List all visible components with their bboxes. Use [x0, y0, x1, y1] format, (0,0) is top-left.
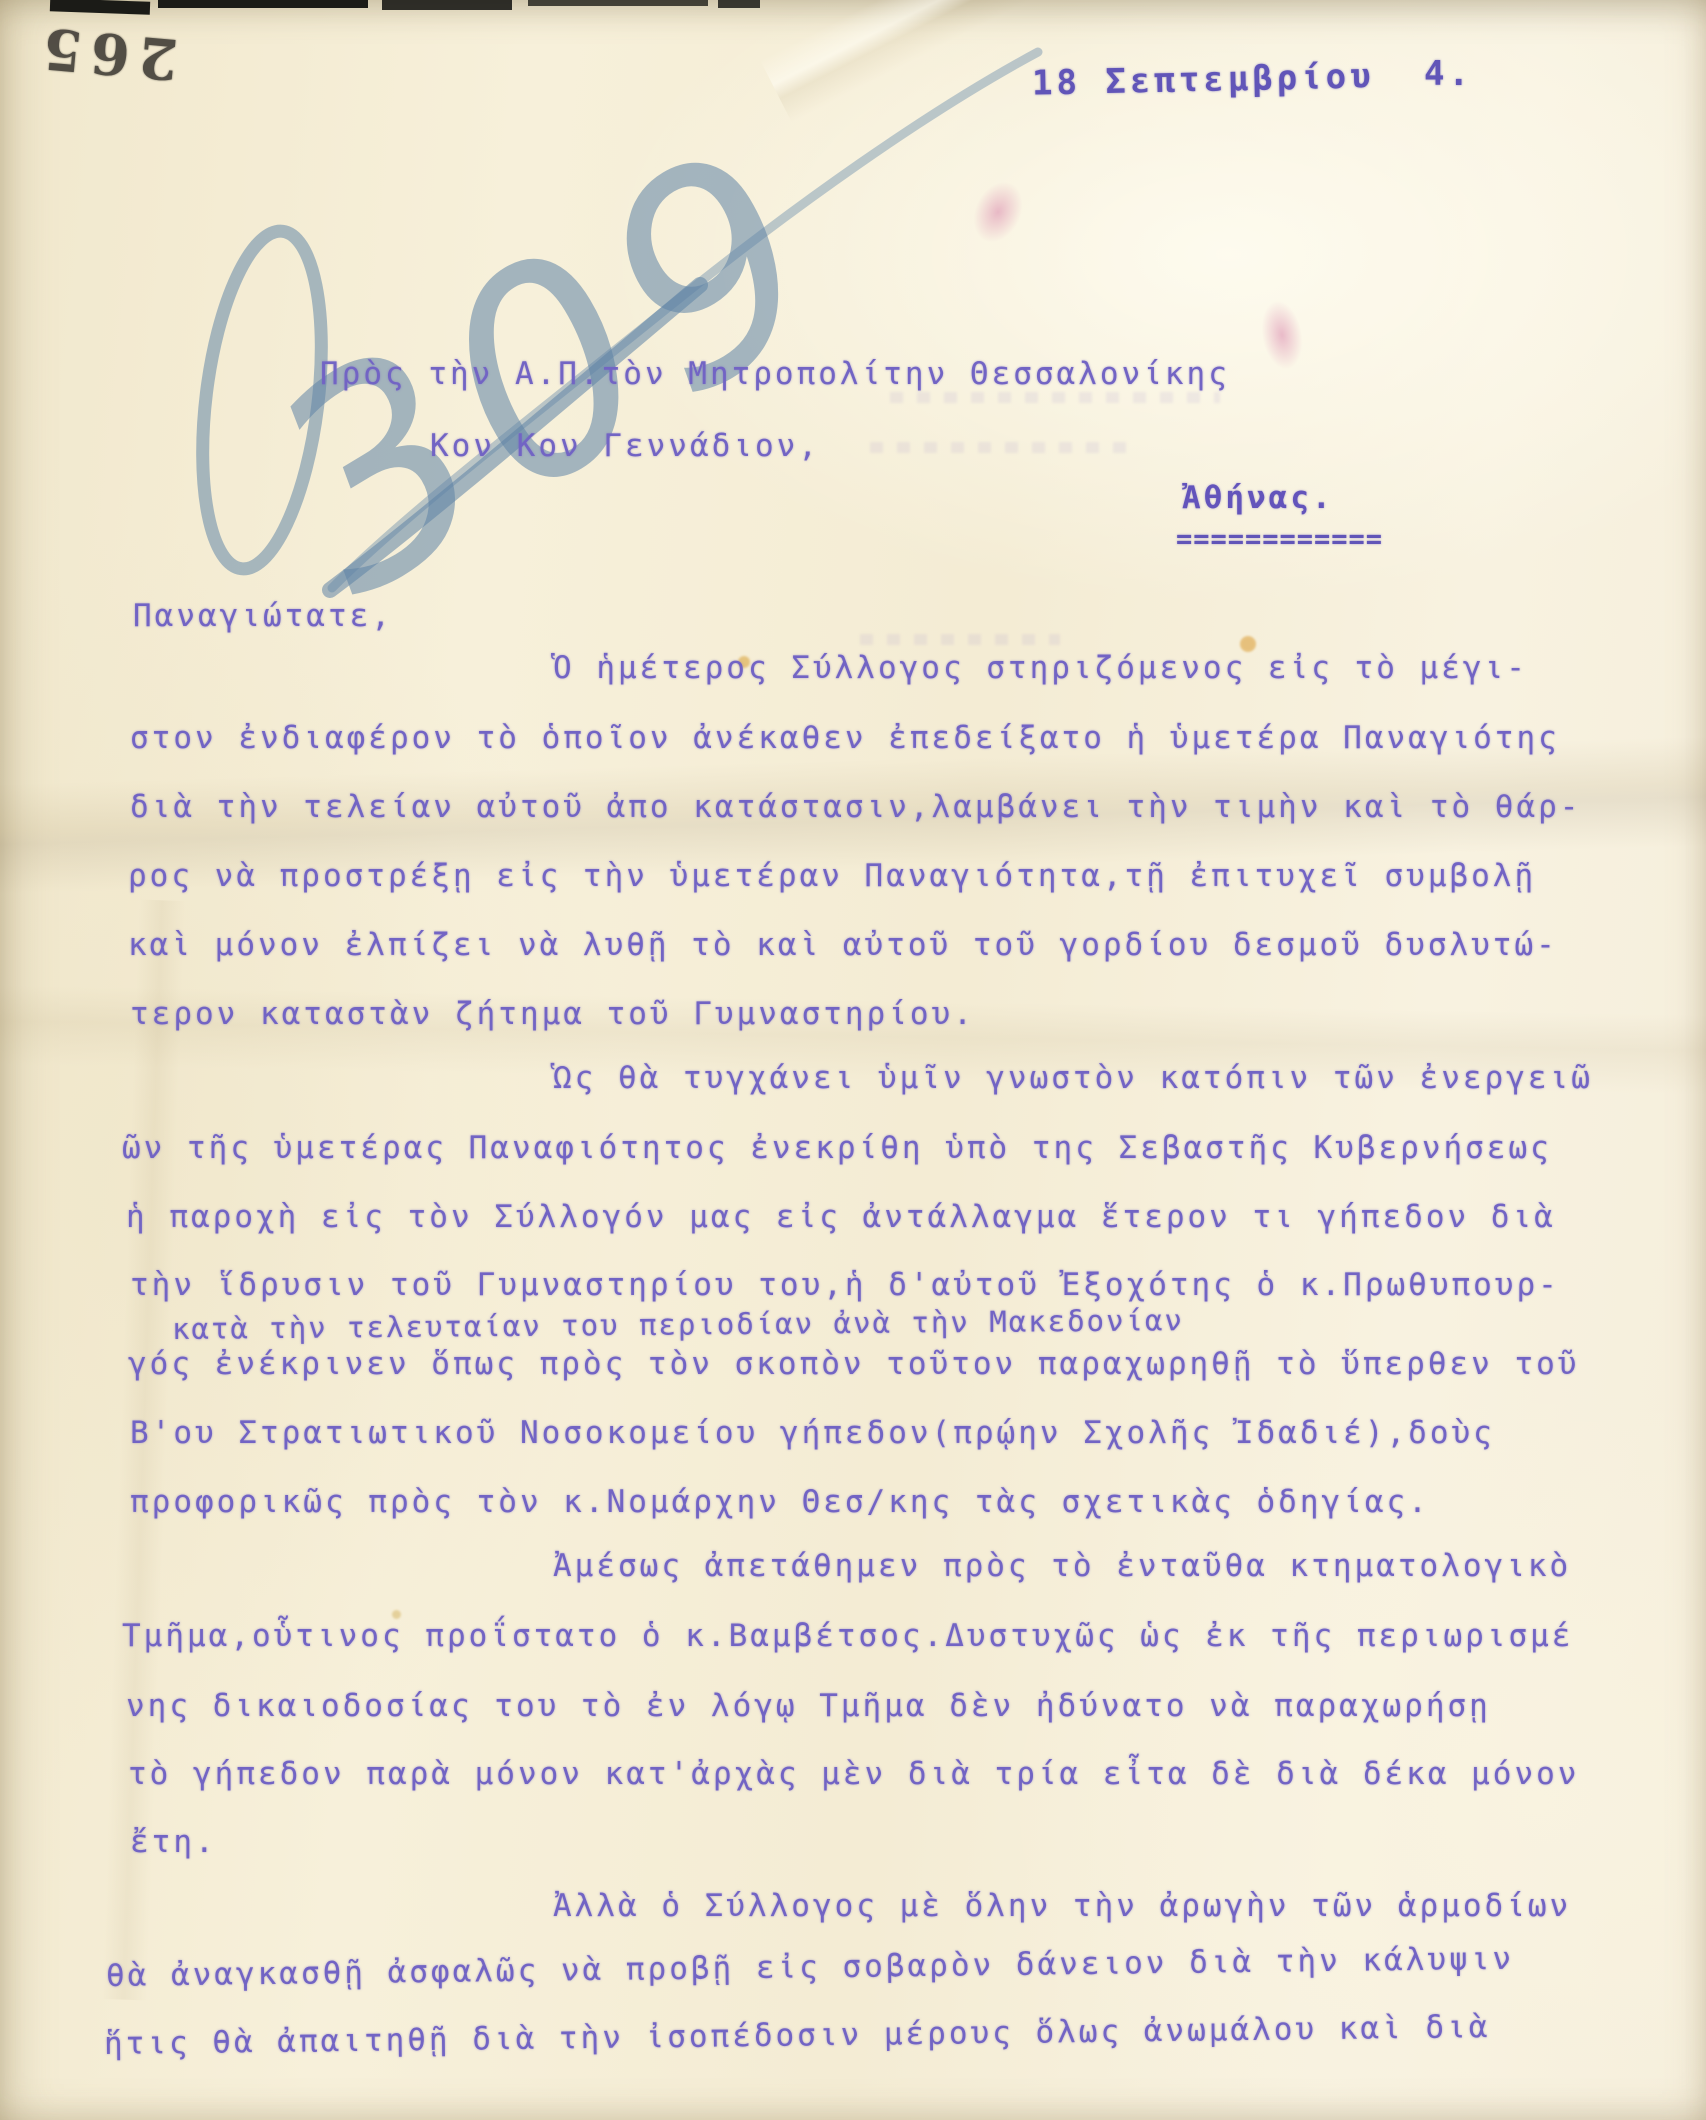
pink-smudge: [964, 173, 1033, 250]
body-line: Ὁ ἡμέτερος Σύλλογος στηριζόμενος εἰς τὸ …: [553, 650, 1528, 686]
body-line: Ἀλλὰ ὁ Σύλλογος μὲ ὅλην τὴν ἀρωγὴν τῶν ἁ…: [553, 1888, 1571, 1924]
body-line: ἥτις θὰ ἀπαιτηθῇ διὰ τὴν ἰσοπέδοσιν μέρο…: [104, 2009, 1491, 2062]
pencil-stroke: [332, 52, 1038, 588]
body-line-inserted: κατὰ τὴν τελευταίαν του περιοδίαν ἀνὰ τὴ…: [172, 1303, 1184, 1346]
body-line: προφορικῶς πρὸς τὸν κ.Νομάρχην Θεσ/κης τ…: [130, 1484, 1430, 1520]
body-line: τὸ γήπεδον παρὰ μόνον κατ'ἀρχὰς μὲν διὰ …: [128, 1756, 1579, 1792]
address-line-recipient: Πρὸς τὴν Α.Π.τὸν Μητροπολίτην Θεσσαλονίκ…: [320, 356, 1230, 392]
pink-smudge: [1256, 297, 1308, 373]
body-line: ῶν τῆς ὑμετέρας Παναφιότητος ἐνεκρίθη ὑπ…: [122, 1130, 1552, 1166]
scanned-letter-page: 265 18 Σεπτεμβρίου 4. 309 Πρὸς τὴν Α.Π.τ…: [0, 0, 1706, 2120]
body-line: θὰ ἀναγκασθῇ ἀσφαλῶς νὰ προβῇ εἰς σοβαρὸ…: [106, 1941, 1514, 1994]
body-line: γός ἐνέκρινεν ὅπως πρὸς τὸν σκοπὸν τοῦτο…: [128, 1346, 1579, 1382]
address-line-city: Ἀθήνας.: [1182, 480, 1334, 516]
scan-edge-mark: [382, 0, 512, 10]
letter-date: 18 Σεπτεμβρίου: [1032, 56, 1375, 103]
letter-year: 4.: [1424, 54, 1473, 94]
body-line: ἡ παροχὴ εἰς τὸν Σύλλογόν μας εἰς ἀντάλλ…: [126, 1199, 1556, 1235]
body-line: Ὡς θὰ τυγχάνει ὑμῖν γνωστὸν κατόπιν τῶν …: [553, 1060, 1593, 1096]
body-line: ρος νὰ προστρέξῃ εἰς τὴν ὑμετέραν Παναγι…: [128, 858, 1536, 894]
pencil-loop: [186, 224, 339, 575]
body-line: διὰ τὴν τελείαν αὐτοῦ ἀπο κατάστασιν,λαμ…: [130, 789, 1581, 825]
ink-bleedthrough: [890, 392, 1220, 403]
address-line-name: Κον Κον Γεννάδιον,: [430, 428, 820, 464]
body-line: τερον καταστὰν ζήτημα τοῦ Γυμναστηρίου.: [130, 996, 975, 1032]
scan-edge-mark: [158, 0, 368, 8]
ink-bleedthrough: [860, 634, 1060, 645]
body-line: ἔτη.: [130, 1824, 217, 1860]
body-line: Τμῆμα,οὗτινος προΐστατο ὁ κ.Βαμβέτσος.Δυ…: [122, 1618, 1573, 1654]
body-line: τὴν ἵδρυσιν τοῦ Γυμναστηρίου του,ἡ δ'αὐτ…: [130, 1267, 1560, 1303]
body-line: νης δικαιοδοσίας του τὸ ἐν λόγῳ Τμῆμα δὲ…: [126, 1688, 1491, 1724]
salutation: Παναγιώτατε,: [133, 598, 393, 634]
scan-edge-mark: [528, 0, 708, 6]
scan-edge-mark: [50, 0, 150, 15]
body-line: Β'ου Στρατιωτικοῦ Νοσοκομείου γήπεδον(πρ…: [130, 1415, 1495, 1451]
address-underline: ============: [1176, 524, 1383, 555]
body-line: καὶ μόνον ἐλπίζει νὰ λυθῇ τὸ καὶ αὐτοῦ τ…: [128, 927, 1558, 963]
scan-edge-mark: [718, 0, 760, 8]
body-line: στον ἐνδιαφέρον τὸ ὁποῖον ἀνέκαθεν ἐπεδε…: [130, 720, 1560, 756]
body-line: Ἀμέσως ἀπετάθημεν πρὸς τὸ ἐνταῦθα κτηματ…: [553, 1548, 1571, 1584]
stamp-number: 265: [31, 14, 180, 92]
ink-bleedthrough: [870, 442, 1130, 453]
